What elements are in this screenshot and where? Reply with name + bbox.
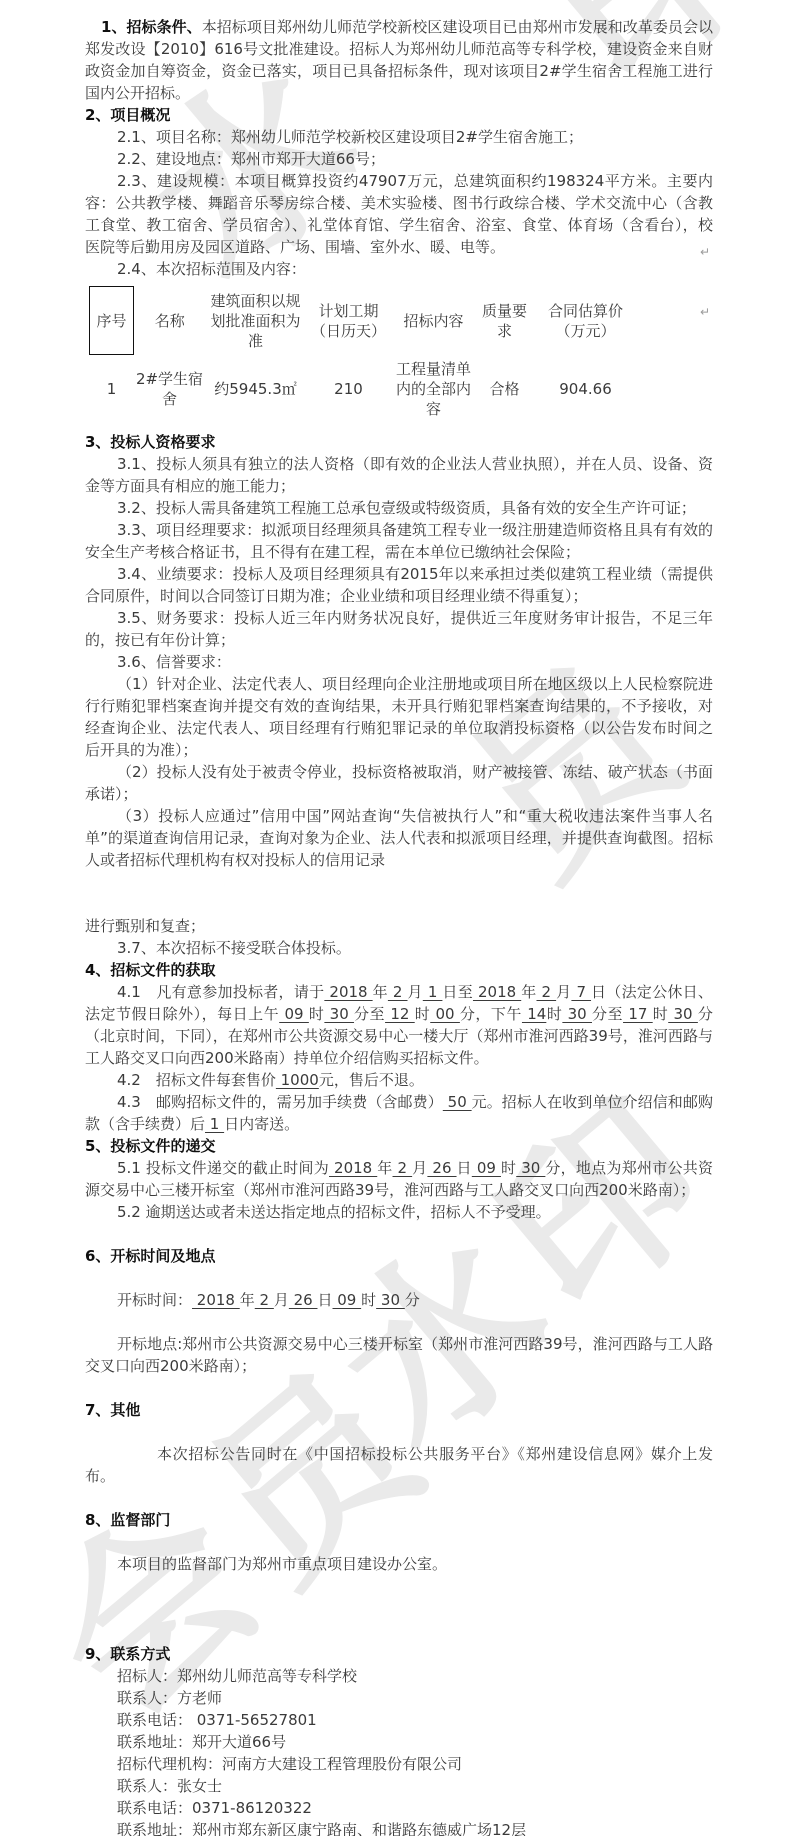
body-text: 2 [537, 983, 557, 1001]
body-text: 2018 [192, 1291, 240, 1309]
paragraph: 3.3、项目经理要求：拟派项目经理须具备建筑工程专业一级注册建造师资格且具有有效… [85, 519, 713, 563]
body-text: 开标地点:郑州市公共资源交易中心三楼开标室（郑州市淮河西路39号，淮河西路与工人… [85, 1335, 713, 1375]
body-text: 招标人：郑州幼儿师范高等专科学校 [117, 1667, 357, 1685]
body-text: 26 [289, 1291, 318, 1309]
body-text: 年 [240, 1291, 255, 1309]
paragraph: 3.5、财务要求：投标人近三年内财务状况良好，提供近三年度财务审计报告，不足三年… [85, 607, 713, 651]
contact-line: 招标代理机构：河南方大建设工程管理股份有限公司 [85, 1753, 713, 1775]
paragraph: 开标时间： 2018 年 2 月 26 日 09 时 30 分 [85, 1289, 713, 1311]
body-text: 月 [274, 1291, 289, 1309]
body-text: 元，售后不退。 [319, 1071, 424, 1089]
paragraph: （3）投标人应通过”信用中国”网站查询“失信被执行人”和“重大税收违法案件当事人… [85, 805, 713, 871]
paragraph: 进行甄别和复查； [85, 915, 713, 937]
body-text: 时 [361, 1291, 376, 1309]
body-text: 2.1、项目名称：郑州幼儿师范学校新校区建设项目2#学生宿舍施工； [117, 128, 583, 146]
body-text: 30 [668, 1005, 698, 1023]
paragraph: 4.1 凡有意参加投标者，请于 2018 年 2 月 1 日至 2018 年 2… [85, 981, 713, 1069]
body-text: （3）投标人应通过”信用中国”网站查询“失信被执行人”和“重大税收违法案件当事人… [85, 807, 713, 869]
contact-line: 招标人：郑州幼儿师范高等专科学校 [85, 1665, 713, 1687]
section-3-heading: 3、投标人资格要求 [85, 431, 713, 453]
section-1-heading-paragraph: 1、招标条件、本招标项目郑州幼儿师范学校新校区建设项目已由郑州市发展和改革委员会… [85, 16, 713, 104]
table-header-cell: 合同估算价（万元） [534, 287, 638, 355]
body-text: 3.6、信誉要求： [117, 653, 231, 671]
paragraph: （2）投标人没有处于被责令停业，投标资格被取消，财产被接管、冻结、破产状态（书面… [85, 761, 713, 805]
body-text: 日内寄送。 [224, 1115, 299, 1133]
paragraph: 3.6、信誉要求： [85, 651, 713, 673]
body-text: 2.3、建设规模：本项目概算投资约47907万元，总建筑面积约198324平方米… [85, 172, 713, 256]
body-text: 月 [412, 1159, 427, 1177]
paragraph: 2.1、项目名称：郑州幼儿师范学校新校区建设项目2#学生宿舍施工； [85, 126, 713, 148]
inline-heading-text: 7、其他 [85, 1401, 140, 1419]
body-text: 2 [393, 1159, 413, 1177]
paragraph: 2.4、本次招标范围及内容： [85, 258, 713, 280]
paragraph: 3.7、本次招标不接受联合体投标。 [85, 937, 713, 959]
body-text: 时 [501, 1159, 516, 1177]
section-7-heading: 7、其他 [85, 1399, 713, 1421]
table-header-cell: 计划工期（日历天） [306, 287, 392, 355]
body-text: 分，下午 [460, 1005, 522, 1023]
table-header-cell: 质量要求 [476, 287, 534, 355]
body-text: 1 [423, 983, 443, 1001]
body-text: 联系电话： 0371-56527801 [117, 1711, 317, 1729]
body-text: 5.1 投标文件递交的截止时间为 [117, 1159, 329, 1177]
section-6-heading: 6、开标时间及地点 [85, 1245, 713, 1267]
body-text: 3.2、投标人需具备建筑工程施工总承包壹级或特级资质，具备有效的安全生产许可证； [117, 499, 696, 517]
body-text: 年 [377, 1159, 392, 1177]
body-text: 30 [376, 1291, 405, 1309]
table-cell: 2#学生宿舍 [134, 355, 206, 423]
contact-line: 联系电话： 0371-56527801 [85, 1709, 713, 1731]
body-text: 时 [415, 1005, 431, 1023]
body-text: 30 [324, 1005, 354, 1023]
contact-line: 联系地址：郑州市郑东新区康宁路南、和谐路东德威广场12层 [85, 1819, 713, 1836]
inline-heading-text: 5、投标文件的递交 [85, 1137, 215, 1155]
body-text: 3.3、项目经理要求：拟派项目经理须具备建筑工程专业一级注册建造师资格且具有有效… [85, 521, 713, 561]
body-text: 日 [457, 1159, 472, 1177]
body-text: 联系地址：郑开大道66号 [117, 1733, 286, 1751]
body-text: 本次招标公告同时在《中国招标投标公共服务平台》《郑州建设信息网》媒介上发布。 [85, 1445, 713, 1485]
body-text: 1 [205, 1115, 224, 1133]
body-text: 联系电话：0371-86120322 [117, 1799, 312, 1817]
body-text: 年 [521, 983, 536, 1001]
body-text: 月 [556, 983, 571, 1001]
body-text: 2.2、建设地点：郑州市郑开大道66号； [117, 150, 385, 168]
body-text: 4.3 邮购招标文件的，需另加手续费（含邮费） [117, 1093, 443, 1111]
body-text: 00 [430, 1005, 460, 1023]
paragraph: 本次招标公告同时在《中国招标投标公共服务平台》《郑州建设信息网》媒介上发布。 [85, 1443, 713, 1487]
table-cell: 1 [90, 355, 134, 423]
table-header-cell: 名称 [134, 287, 206, 355]
table-cell: 210 [306, 355, 392, 423]
body-text: （1）针对企业、法定代表人、项目经理向企业注册地或项目所在地区级以上人民检察院进… [85, 675, 713, 759]
paragraph: 5.2 逾期送达或者未送达指定地点的招标文件，招标人不予受理。 [85, 1201, 713, 1223]
paragraph: （1）针对企业、法定代表人、项目经理向企业注册地或项目所在地区级以上人民检察院进… [85, 673, 713, 761]
body-text: 日 [317, 1291, 332, 1309]
body-text: 时 [309, 1005, 325, 1023]
contact-line: 联系人：方老师 [85, 1687, 713, 1709]
body-text: 3.7、本次招标不接受联合体投标。 [117, 939, 351, 957]
table-cell: 904.66 [534, 355, 638, 423]
section-2-heading: 2、项目概况 [85, 104, 713, 126]
body-text: 本项目的监督部门为郑州市重点项目建设办公室。 [117, 1555, 447, 1573]
body-text: 联系人：张女士 [117, 1777, 222, 1795]
table-header-cell: 序号 [90, 287, 134, 355]
tender-announcement-page: 印水员水印会员 1、招标条件、本招标项目郑州幼儿师范学校新校区建设项目已由郑州市… [0, 0, 793, 1836]
body-text: 开标时间： [117, 1291, 192, 1309]
section-5-heading: 5、投标文件的递交 [85, 1135, 713, 1157]
table-cell: 合格 [476, 355, 534, 423]
body-text: 3.4、业绩要求：投标人及项目经理须具有2015年以来承担过类似建筑工程业绩（需… [85, 565, 713, 605]
body-text: 2.4、本次招标范围及内容： [117, 260, 306, 278]
body-text: 分至 [354, 1005, 385, 1023]
inline-heading-text: 6、开标时间及地点 [85, 1247, 215, 1265]
body-text: 年 [373, 983, 388, 1001]
paragraph: 本项目的监督部门为郑州市重点项目建设办公室。 [85, 1553, 713, 1575]
paragraph: 3.2、投标人需具备建筑工程施工总承包壹级或特级资质，具备有效的安全生产许可证； [85, 497, 713, 519]
body-text: 2 [255, 1291, 274, 1309]
body-text: 26 [427, 1159, 456, 1177]
bid-scope-table: 序号名称建筑面积以规划批准面积为准计划工期（日历天）招标内容质量要求合同估算价（… [89, 286, 638, 423]
body-text: 联系地址：郑州市郑东新区康宁路南、和谐路东德威广场12层 [117, 1821, 526, 1836]
paragraph: 4.3 邮购招标文件的，需另加手续费（含邮费） 50 元。招标人在收到单位介绍信… [85, 1091, 713, 1135]
section-9-heading: 9、联系方式 [85, 1643, 713, 1665]
paragraph: 2.3、建设规模：本项目概算投资约47907万元，总建筑面积约198324平方米… [85, 170, 713, 258]
inline-heading-text: 8、监督部门 [85, 1511, 170, 1529]
table-cell: 约5945.3㎡ [206, 355, 306, 423]
document-body: 1、招标条件、本招标项目郑州幼儿师范学校新校区建设项目已由郑州市发展和改革委员会… [0, 0, 793, 1836]
section-4-heading: 4、招标文件的获取 [85, 959, 713, 981]
inline-heading-text: 9、联系方式 [85, 1645, 170, 1663]
body-text: 招标代理机构：河南方大建设工程管理股份有限公司 [117, 1755, 462, 1773]
body-text: 分 [405, 1291, 420, 1309]
body-text: 30 [516, 1159, 545, 1177]
paragraph: 3.4、业绩要求：投标人及项目经理须具有2015年以来承担过类似建筑工程业绩（需… [85, 563, 713, 607]
body-text: 1000 [276, 1071, 319, 1089]
paragraph: 2.2、建设地点：郑州市郑开大道66号； [85, 148, 713, 170]
table-header-cell: 建筑面积以规划批准面积为准 [206, 287, 306, 355]
contact-line: 联系电话：0371-86120322 [85, 1797, 713, 1819]
body-text: 7 [571, 983, 591, 1001]
body-text: 5.2 逾期送达或者未送达指定地点的招标文件，招标人不予受理。 [117, 1203, 551, 1221]
body-text: 进行甄别和复查； [85, 917, 205, 935]
body-text: （2）投标人没有处于被责令停业，投标资格被取消，财产被接管、冻结、破产状态（书面… [85, 763, 713, 803]
inline-heading-text: 4、招标文件的获取 [85, 961, 215, 979]
inline-heading-text: 3、投标人资格要求 [85, 433, 215, 451]
body-text: 09 [279, 1005, 309, 1023]
table-header-row: 序号名称建筑面积以规划批准面积为准计划工期（日历天）招标内容质量要求合同估算价（… [90, 287, 638, 355]
body-text: 14 [522, 1005, 546, 1023]
paragraph: 3.1、投标人须具有独立的法人资格（即有效的企业法人营业执照），并在人员、设备、… [85, 453, 713, 497]
paragraph-mark-icon: ↵ [700, 246, 710, 258]
body-text: 联系人：方老师 [117, 1689, 222, 1707]
contact-line: 联系地址：郑开大道66号 [85, 1731, 713, 1753]
inline-heading-text: 1、招标条件、 [101, 18, 202, 36]
body-text: 3.1、投标人须具有独立的法人资格（即有效的企业法人营业执照），并在人员、设备、… [85, 455, 713, 495]
body-text: 2 [388, 983, 408, 1001]
body-text: 4.1 凡有意参加投标者，请于 [117, 983, 324, 1001]
table-header-cell: 招标内容 [392, 287, 476, 355]
body-text: 30 [562, 1005, 592, 1023]
paragraph: 5.1 投标文件递交的截止时间为 2018 年 2 月 26 日 09 时 30… [85, 1157, 713, 1201]
body-text: 月 [408, 983, 423, 1001]
inline-heading-text: 2、项目概况 [85, 106, 170, 124]
body-text: 2018 [329, 1159, 377, 1177]
contact-line: 联系人：张女士 [85, 1775, 713, 1797]
body-text: 09 [333, 1291, 362, 1309]
paragraph: 开标地点:郑州市公共资源交易中心三楼开标室（郑州市淮河西路39号，淮河西路与工人… [85, 1333, 713, 1377]
body-text: 17 [623, 1005, 653, 1023]
paragraph-mark-icon: ↵ [700, 306, 710, 318]
body-text: 时 [653, 1005, 669, 1023]
body-text: 09 [472, 1159, 501, 1177]
body-text: 4.2 招标文件每套售价 [117, 1071, 276, 1089]
body-text: 3.5、财务要求：投标人近三年内财务状况良好，提供近三年度财务审计报告，不足三年… [85, 609, 713, 649]
table-cell: 工程量清单内的全部内容 [392, 355, 476, 423]
body-text: 50 [443, 1093, 472, 1111]
body-text: 2018 [324, 983, 372, 1001]
section-8-heading: 8、监督部门 [85, 1509, 713, 1531]
body-text: 时 [546, 1005, 562, 1023]
paragraph: 4.2 招标文件每套售价 1000元，售后不退。 [85, 1069, 713, 1091]
body-text: 日至 [442, 983, 473, 1001]
body-text: 12 [385, 1005, 415, 1023]
body-text: 分至 [592, 1005, 623, 1023]
table-row: 12#学生宿舍约5945.3㎡210工程量清单内的全部内容合格904.66 [90, 355, 638, 423]
body-text: 2018 [473, 983, 521, 1001]
